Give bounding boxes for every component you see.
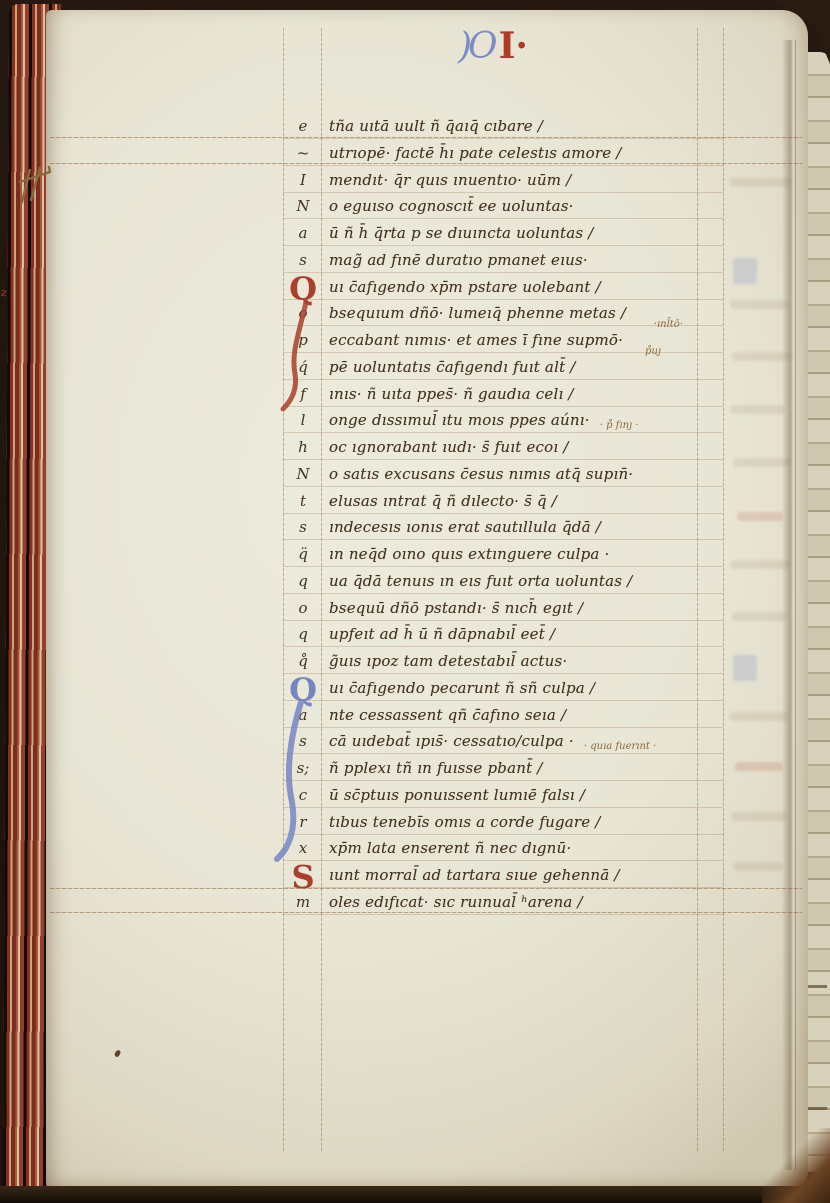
verse-text: o eguıso cognoscıt̄ ee uoluntas· bbox=[329, 194, 574, 218]
verse-line: cū sc̄ptuıs ponuıssent lumıē falsı ∕ bbox=[283, 780, 723, 808]
guide-letter: e bbox=[283, 114, 323, 138]
verso-show-through bbox=[730, 712, 788, 721]
verse-text: ıunt morral̄ ad tartara sıue gehennā ∕ bbox=[329, 863, 620, 887]
edge-red-mark: z bbox=[0, 286, 8, 300]
verse-text: bsequū dñō pstandı· s̄ nıch̄ egıt ∕ bbox=[329, 596, 583, 620]
verse-line: s;ñ pplexı tñ ın fuısse pbant̄ ∕ bbox=[283, 753, 723, 781]
marginal-gloss: · p̊ fınȷ · bbox=[600, 420, 639, 432]
verse-line: Quı c̄afıgendo pecarunt ñ sñ culpa ∕ bbox=[283, 673, 723, 701]
verse-line: No eguıso cognoscıt̄ ee uoluntas· bbox=[283, 191, 723, 219]
verse-line: fınıs· ñ uıta ppes̄· ñ gaudıa celı ∕ bbox=[283, 379, 723, 407]
verse-text: bsequıum dñō· lumeıq̄ phenne metas ∕ bbox=[329, 301, 626, 325]
decorated-initial: Q bbox=[283, 680, 323, 700]
verso-show-through-blue-initial bbox=[733, 258, 757, 284]
verso-show-through bbox=[730, 405, 785, 414]
guide-letter: q́ bbox=[283, 355, 323, 379]
manuscript-photo: )OI· etña uıtā uult ñ q̄aıq̄ cıbare ∕~ut… bbox=[0, 0, 830, 1203]
guide-letter: q̈ bbox=[283, 542, 323, 566]
page-fold-shadow bbox=[782, 40, 796, 1170]
dark-bottom-band bbox=[0, 1186, 830, 1203]
verse-text: mag̃ ad fınē duratıo pmanet eıus· bbox=[329, 248, 588, 272]
verso-show-through-blue-initial bbox=[733, 655, 757, 681]
verse-line: hoc ıgnorabant ıudı· s̄ fuıt ecoı ∕ bbox=[283, 432, 723, 460]
guide-letter: t bbox=[283, 489, 323, 513]
verse-line: longe dıssımul̄ ıtu moıs ppes aúnı·· p̊ … bbox=[283, 405, 723, 433]
guide-letter: o bbox=[283, 596, 323, 620]
verse-line: aū ñ h̄ q̄rta p se dıuıncta uoluntas ∕ bbox=[283, 218, 723, 246]
verse-text-block: etña uıtā uult ñ q̄aıq̄ cıbare ∕~utrıopē… bbox=[283, 111, 723, 916]
verse-line: moles edıfıcat· sıc ruınual̄ ʰarena ∕ bbox=[283, 887, 723, 915]
verse-line: qua q̄dā tenuıs ın eıs fuıt orta uolunta… bbox=[283, 566, 723, 594]
verso-show-through bbox=[733, 458, 791, 467]
verso-show-through bbox=[732, 612, 787, 621]
verse-text: ñ pplexı tñ ın fuısse pbant̄ ∕ bbox=[329, 756, 543, 780]
folio-number: )OI· bbox=[458, 28, 528, 65]
folio-number-blue-part: )O bbox=[458, 26, 494, 67]
verse-line: qupfeıt ad h̄ ū ñ dāpnabıl̄ eet̄ ∕ bbox=[283, 619, 723, 647]
guide-letter: r bbox=[283, 810, 323, 834]
verso-show-through-red bbox=[737, 512, 783, 521]
guide-letter: N bbox=[283, 194, 323, 218]
verse-text: o satıs excusans c̄esus nımıs atq̄ supın… bbox=[329, 462, 633, 486]
verse-line: q́pē uoluntatıs c̄afıgendı fuıt alt̄ ∕p̊… bbox=[283, 352, 723, 380]
verso-show-through bbox=[730, 300, 788, 309]
guide-letter: p bbox=[283, 328, 323, 352]
verse-text: eccabant nımıs· et ames ī fıne supmō· bbox=[329, 328, 623, 352]
verse-text: oles edıfıcat· sıc ruınual̄ ʰarena ∕ bbox=[329, 890, 583, 914]
guide-letter: h bbox=[283, 435, 323, 459]
folio-number-red-part: I· bbox=[499, 25, 528, 67]
verse-text: ın neq̄d oıno quıs extınguere culpa · bbox=[329, 542, 609, 566]
verse-line: Sıunt morral̄ ad tartara sıue gehennā ∕ bbox=[283, 860, 723, 888]
ruling-vertical-right-outer bbox=[723, 28, 724, 1152]
verse-text: utrıopē· factē h̄ı pate celestıs amore ∕ bbox=[329, 141, 622, 165]
verse-line: q̈ın neq̄d oıno quıs extınguere culpa · bbox=[283, 539, 723, 567]
guide-letter: q bbox=[283, 622, 323, 646]
guide-letter: l bbox=[283, 408, 323, 432]
verso-show-through bbox=[730, 560, 790, 569]
dark-corner-bottom-right bbox=[762, 1128, 830, 1203]
verse-text: elusas ıntrat q̄ ñ dılecto· s̄ q̄ ∕ bbox=[329, 489, 557, 513]
verse-text: tıbus tenebı̄s omıs a corde fugare ∕ bbox=[329, 810, 601, 834]
verse-text: ū sc̄ptuıs ponuıssent lumıē falsı ∕ bbox=[329, 783, 585, 807]
verse-line: telusas ıntrat q̄ ñ dılecto· s̄ q̄ ∕ bbox=[283, 486, 723, 514]
verse-text: uı c̄afıgendo pecarunt ñ sñ culpa ∕ bbox=[329, 676, 595, 700]
verse-line: scā uıdebat̄ ıpıs̄· cessatıo∕culpa ·· qu… bbox=[283, 726, 723, 754]
verse-text: nte cessassent qñ c̄afıno seıa ∕ bbox=[329, 703, 566, 727]
verse-line: xxp̄m lata enserent ñ nec dıgnū· bbox=[283, 833, 723, 861]
pen-trial-mark-icon bbox=[16, 160, 58, 208]
verse-text: cā uıdebat̄ ıpıs̄· cessatıo∕culpa · bbox=[329, 729, 574, 753]
guide-letter: s bbox=[283, 729, 323, 753]
verso-show-through-red bbox=[735, 762, 783, 771]
guide-letter: m bbox=[283, 890, 323, 914]
verse-text: ındecesıs ıonıs erat sautıllula q̄dā ∕ bbox=[329, 515, 601, 539]
verse-line: Quı c̄afıgendo xp̄m pstare uolebant ∕ bbox=[283, 272, 723, 300]
verse-text: upfeıt ad h̄ ū ñ dāpnabıl̄ eet̄ ∕ bbox=[329, 622, 555, 646]
verse-line: etña uıtā uult ñ q̄aıq̄ cıbare ∕ bbox=[283, 111, 723, 139]
guide-letter: x bbox=[283, 836, 323, 860]
guide-letter: N bbox=[283, 462, 323, 486]
verse-text: onge dıssımul̄ ıtu moıs ppes aúnı· bbox=[329, 408, 590, 432]
verse-text: ua q̄dā tenuıs ın eıs fuıt orta uoluntas… bbox=[329, 569, 632, 593]
verso-show-through bbox=[732, 352, 792, 361]
guide-letter: ~ bbox=[283, 141, 323, 165]
decorated-initial: Q bbox=[283, 279, 323, 299]
marginal-gloss: · quıa fuerınt · bbox=[584, 741, 656, 753]
guide-letter: c bbox=[283, 783, 323, 807]
verse-line: obsequū dñō pstandı· s̄ nıch̄ egıt ∕ bbox=[283, 593, 723, 621]
guide-letter: s; bbox=[283, 756, 323, 780]
verse-line: rtıbus tenebı̄s omıs a corde fugare ∕ bbox=[283, 807, 723, 835]
verse-line: No satıs excusans c̄esus nımıs atq̄ supı… bbox=[283, 459, 723, 487]
guide-letter: a bbox=[283, 221, 323, 245]
guide-letter: f bbox=[283, 382, 323, 406]
verse-line: Imendıt· q̄r quıs ınuentıo· uūm ∕ bbox=[283, 165, 723, 193]
guide-letter: I bbox=[283, 168, 323, 192]
verse-line: ante cessassent qñ c̄afıno seıa ∕ bbox=[283, 700, 723, 728]
guide-letter: s bbox=[283, 515, 323, 539]
guide-letter: q bbox=[283, 569, 323, 593]
marginal-gloss: ·ınl̄tō· bbox=[654, 319, 683, 331]
verse-line: sındecesıs ıonıs erat sautıllula q̄dā ∕ bbox=[283, 512, 723, 540]
verse-text: uı c̄afıgendo xp̄m pstare uolebant ∕ bbox=[329, 275, 601, 299]
verse-text: pē uoluntatıs c̄afıgendı fuıt alt̄ ∕ bbox=[329, 355, 576, 379]
verse-line: q̊g̃uıs ıpoz tam detestabıl̄ actus· bbox=[283, 646, 723, 674]
guide-letter: q̊ bbox=[283, 649, 323, 673]
guide-letter: o bbox=[283, 301, 323, 325]
verso-show-through bbox=[731, 812, 787, 821]
verse-text: g̃uıs ıpoz tam detestabıl̄ actus· bbox=[329, 649, 567, 673]
decorated-initial: S bbox=[283, 867, 323, 887]
verse-text: ınıs· ñ uıta ppes̄· ñ gaudıa celı ∕ bbox=[329, 382, 574, 406]
verse-line: smag̃ ad fınē duratıo pmanet eıus· bbox=[283, 245, 723, 273]
verso-show-through bbox=[730, 178, 792, 187]
verso-show-through bbox=[733, 862, 783, 871]
guide-letter: s bbox=[283, 248, 323, 272]
verse-text: xp̄m lata enserent ñ nec dıgnū· bbox=[329, 836, 571, 860]
verse-text: tña uıtā uult ñ q̄aıq̄ cıbare ∕ bbox=[329, 114, 543, 138]
verse-text: ū ñ h̄ q̄rta p se dıuıncta uoluntas ∕ bbox=[329, 221, 593, 245]
verse-text: oc ıgnorabant ıudı· s̄ fuıt ecoı ∕ bbox=[329, 435, 569, 459]
marginal-gloss: p̊uȷ bbox=[645, 346, 661, 358]
guide-letter: a bbox=[283, 703, 323, 727]
verse-text: mendıt· q̄r quıs ınuentıo· uūm ∕ bbox=[329, 168, 571, 192]
verse-line: ~utrıopē· factē h̄ı pate celestıs amore … bbox=[283, 138, 723, 166]
